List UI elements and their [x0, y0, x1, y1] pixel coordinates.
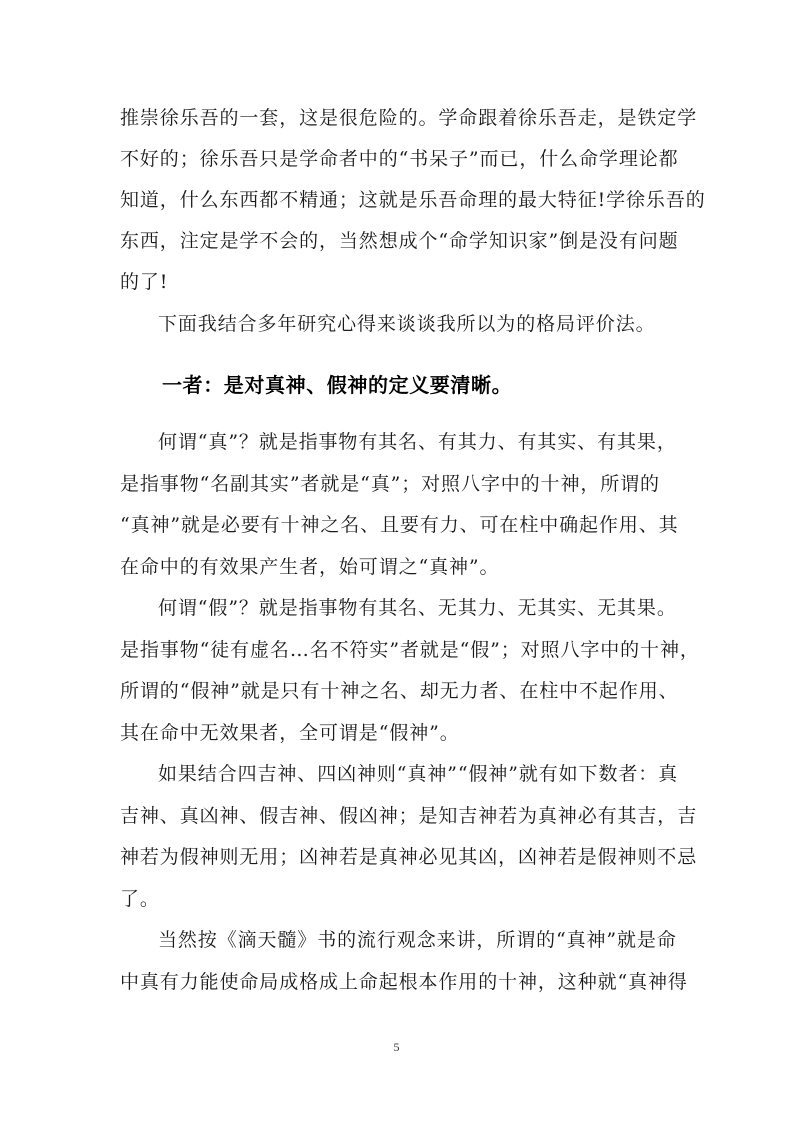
document-page: 推崇徐乐吾的一套，这是很危险的。学命跟着徐乐吾走，是铁定学 不好的；徐乐吾只是学… [0, 0, 793, 1122]
paragraph-4-line-4: 其在命中无效果者，全可谓是“假神”。 [120, 721, 460, 745]
paragraph-5-line-2: 吉神、真凶神、假吉神、假凶神；是知吉神若为真神必有其吉，吉 [120, 804, 697, 828]
paragraph-2-line-1: 下面我结合多年研究心得来谈谈我所以为的格局评价法。 [158, 312, 656, 336]
section-heading: 一者：是对真神、假神的定义要清晰。 [162, 372, 512, 398]
paragraph-3-line-2: 是指事物“名副其实”者就是“真”；对照八字中的十神，所谓的 [120, 472, 660, 496]
paragraph-5-line-3: 神若为假神则无用；凶神若是真神必见其凶，凶神若是假神则不忌 [120, 845, 697, 869]
paragraph-6-line-1: 当然按《滴天髓》书的流行观念来讲，所谓的“真神”就是命 [158, 928, 677, 952]
paragraph-4-line-1: 何谓“假”？就是指事物有其名、无其力、无其实、无其果。 [158, 596, 677, 620]
paragraph-5-line-4: 了。 [120, 887, 160, 911]
paragraph-6-line-2: 中真有力能使命局成格成上命起根本作用的十神，这种就“真神得 [120, 970, 688, 994]
paragraph-4-line-2: 是指事物“徒有虚名…名不符实”者就是“假”；对照八字中的十神， [120, 638, 700, 662]
paragraph-3-line-1: 何谓“真”？就是指事物有其名、有其力、有其实、有其果， [158, 430, 677, 454]
paragraph-4-line-3: 所谓的“假神”就是只有十神之名、却无力者、在柱中不起作用、 [120, 679, 679, 703]
paragraph-5-line-1: 如果结合四吉神、四凶神则“真神”“假神”就有如下数者：真 [158, 762, 678, 786]
page-number: 5 [0, 1040, 793, 1055]
paragraph-3-line-3: “真神”就是必要有十神之名、且要有力、可在柱中确起作用、其 [120, 513, 679, 537]
paragraph-1-line-4: 东西，注定是学不会的，当然想成个“命学知识家”倒是没有问题 [120, 229, 679, 253]
paragraph-1-line-3: 知道，什么东西都不精通；这就是乐吾命理的最大特征!学徐乐吾的 [120, 188, 706, 212]
paragraph-1-line-1: 推崇徐乐吾的一套，这是很危险的。学命跟着徐乐吾走，是铁定学 [120, 106, 697, 130]
paragraph-1-line-2: 不好的；徐乐吾只是学命者中的“书呆子”而已，什么命学理论都 [120, 147, 679, 171]
paragraph-1-line-5: 的了! [120, 270, 168, 294]
paragraph-3-line-4: 在命中的有效果产生者，始可谓之“真神”。 [120, 555, 499, 579]
